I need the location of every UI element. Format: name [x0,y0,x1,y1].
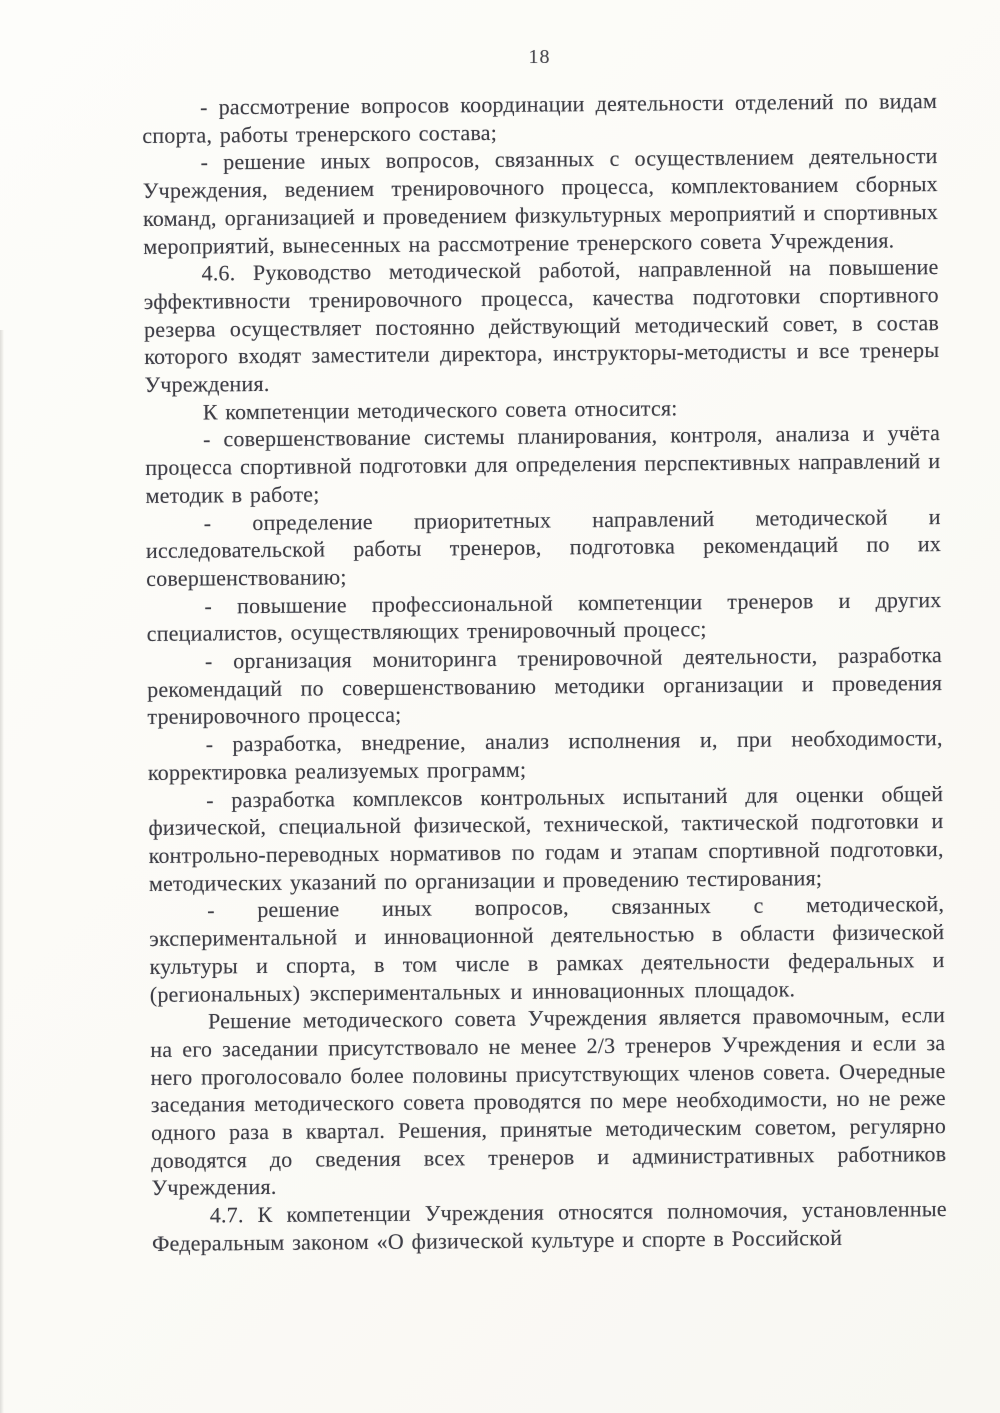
paragraph-bullet-coordination: - рассмотрение вопросов координации деят… [142,87,937,149]
paragraph-clause-4-6: 4.6. Руководство методической работой, н… [143,253,939,398]
paragraph-council-decisions: Решение методического совета Учреждения … [150,1001,947,1202]
scanned-document-page: 18 - рассмотрение вопросов координации д… [0,0,1000,1413]
paragraph-bullet-monitoring: - организация мониторинга тренировочной … [147,641,943,731]
document-body: - рассмотрение вопросов координации деят… [142,87,947,1257]
paragraph-bullet-control-tests: - разработка комплексов контрольных испы… [148,780,944,898]
paragraph-bullet-program-development: - разработка, внедрение, анализ исполнен… [148,724,943,786]
paragraph-bullet-professional-competence: - повышение профессиональной компетенции… [146,586,941,648]
paragraph-bullet-priority-directions: - определение приоритетных направлений м… [146,503,942,593]
page-number: 18 [142,46,937,69]
paragraph-bullet-methodical-questions: - решение иных вопросов, связанных с мет… [149,890,945,1008]
paragraph-bullet-planning-system: - совершенствование системы планирования… [145,419,941,509]
paragraph-bullet-other-questions: - решение иных вопросов, связанных с осу… [142,142,938,260]
scan-edge-artifact [0,330,4,1413]
paragraph-clause-4-7: 4.7. К компетенции Учреждения относятся … [152,1195,947,1257]
